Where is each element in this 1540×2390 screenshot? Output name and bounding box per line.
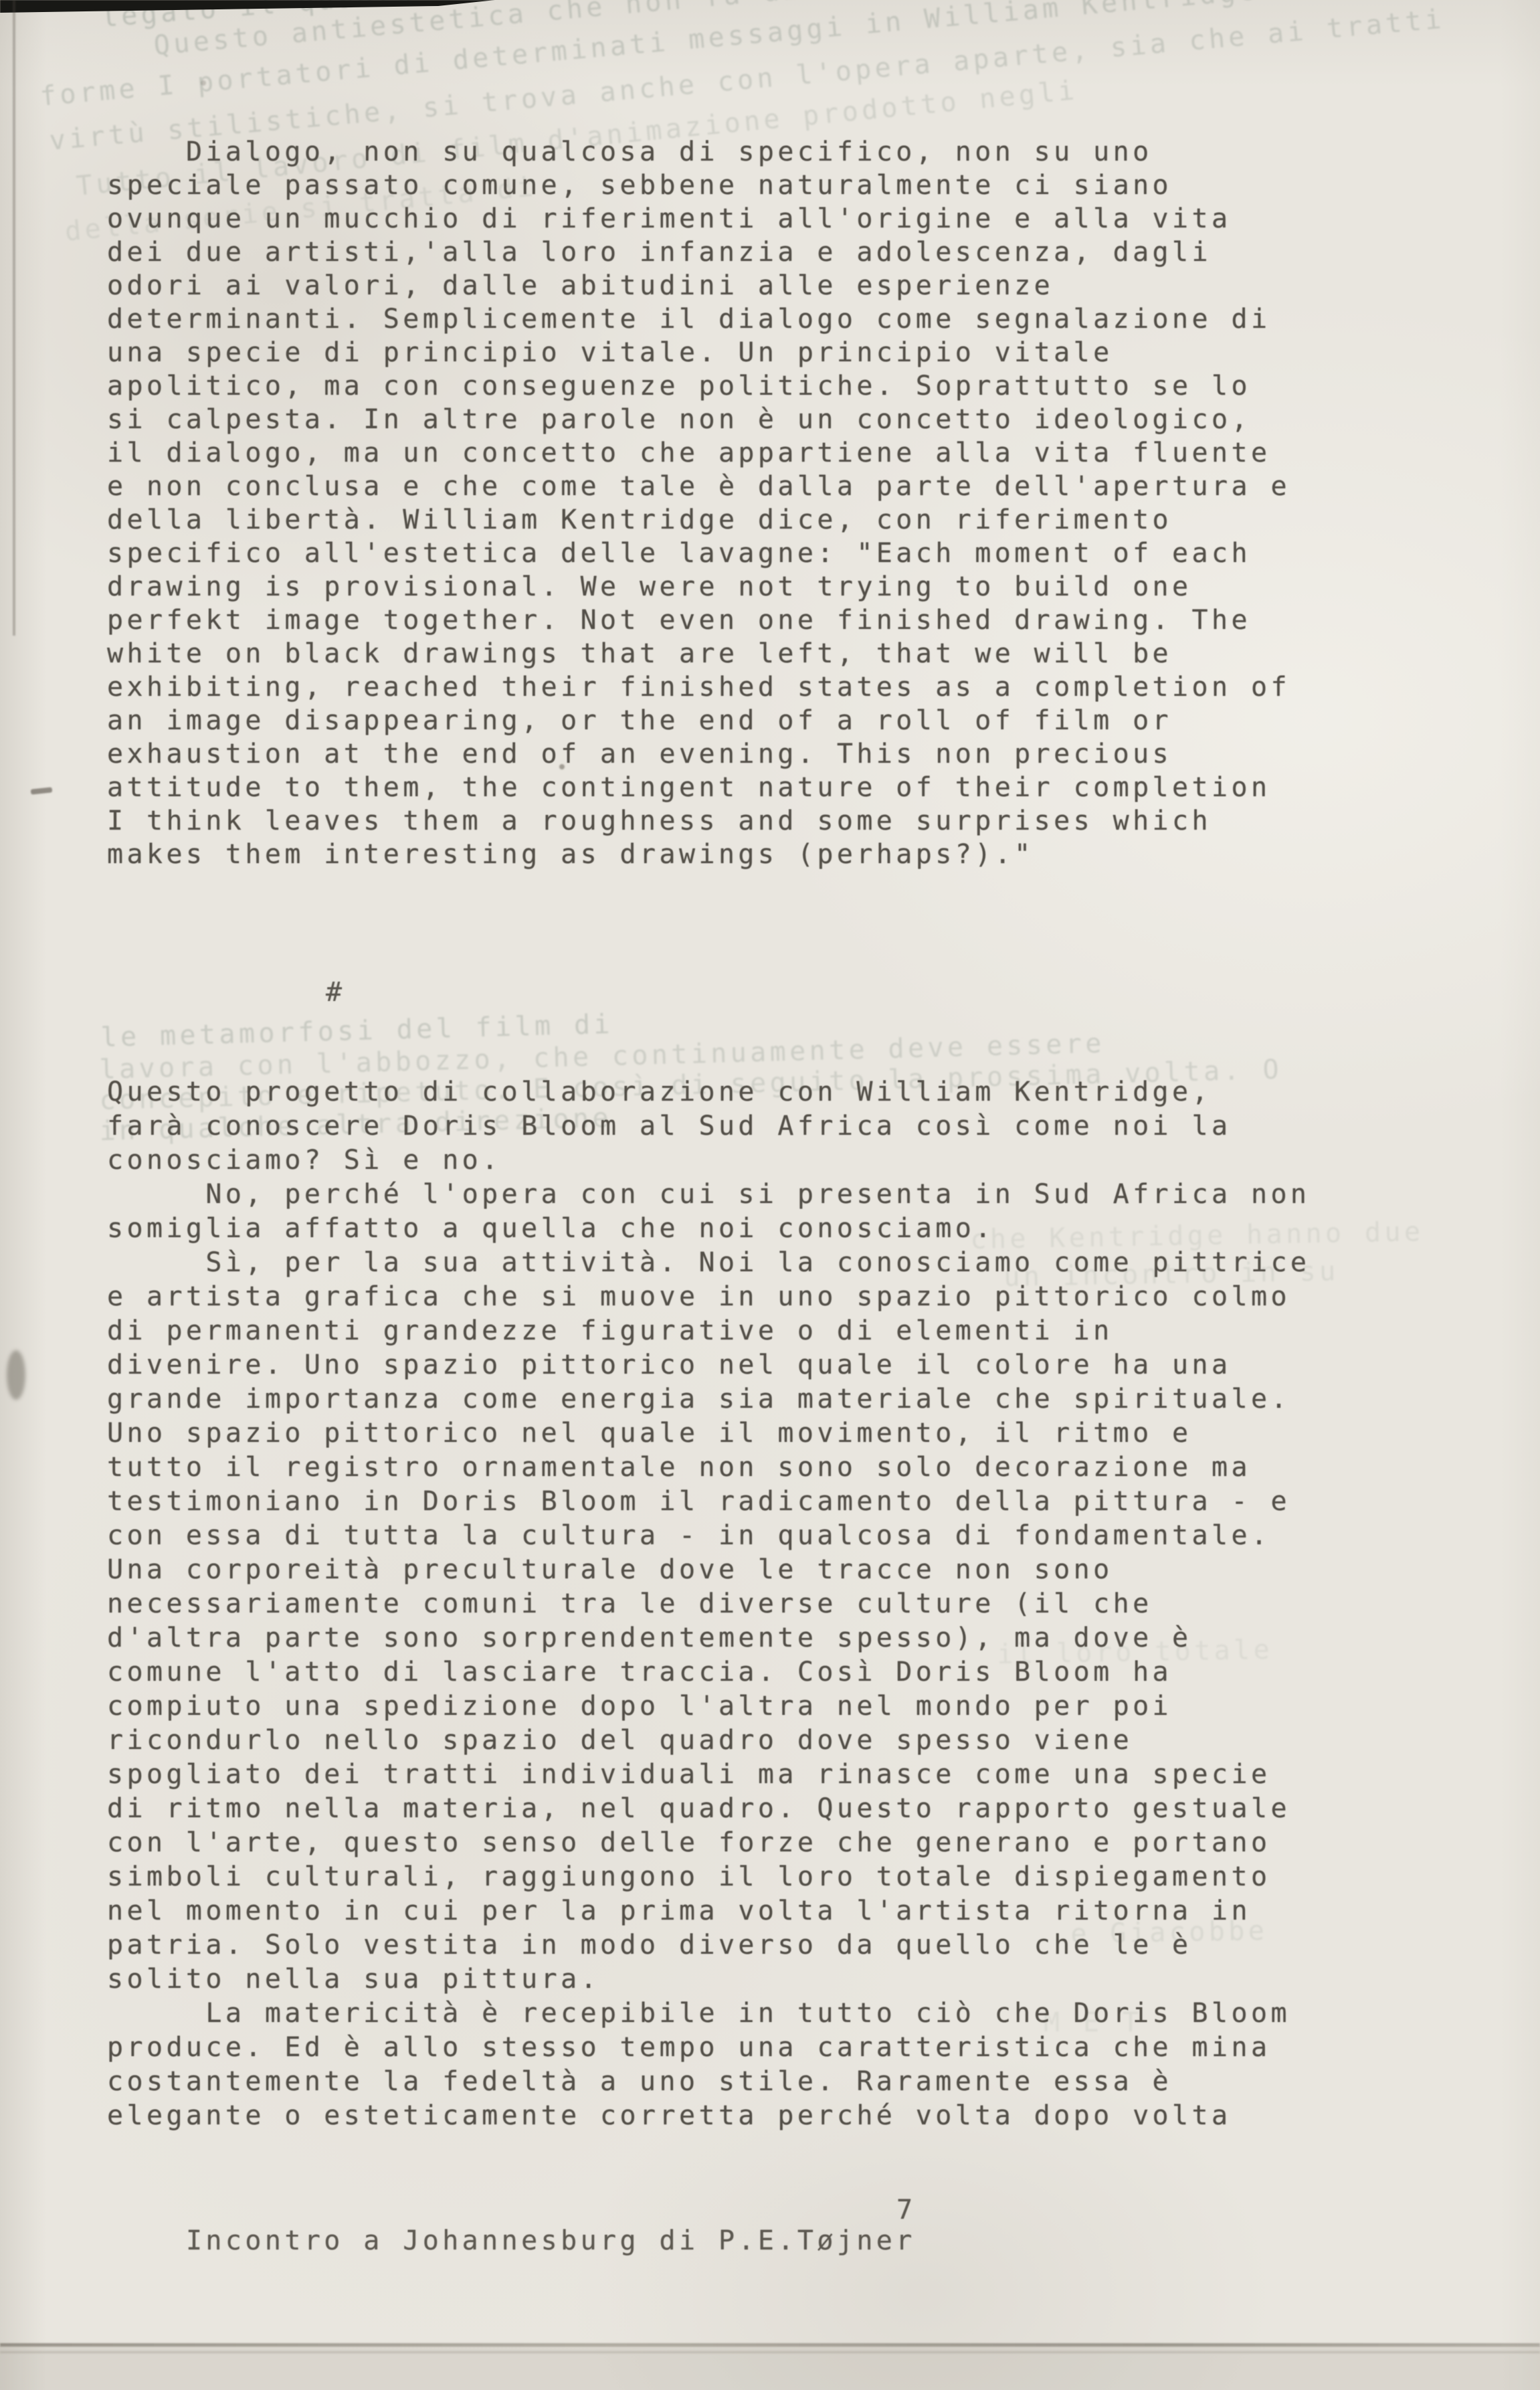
paper-left-crease [13,0,15,636]
paper-bottom-edge [0,2346,1540,2390]
ink-smudge [7,1350,25,1400]
footer-caption: Incontro a Johannesburg di P.E.Tøjner [186,2225,916,2256]
scanned-page: legato il quadro e sQuesto antiestetica … [0,0,1540,2390]
paragraph-questo-progetto: Questo progetto di collaborazione con Wi… [107,1075,1445,2133]
separator-hash: # [326,977,345,1008]
footer-page-number: 7 [896,2195,916,2225]
page-footer: Incontro a Johannesburg di P.E.Tøjner 7 [107,2195,1111,2318]
paragraph-dialogo: Dialogo, non su qualcosa di specifico, n… [107,135,1445,871]
ink-speck [201,80,206,86]
